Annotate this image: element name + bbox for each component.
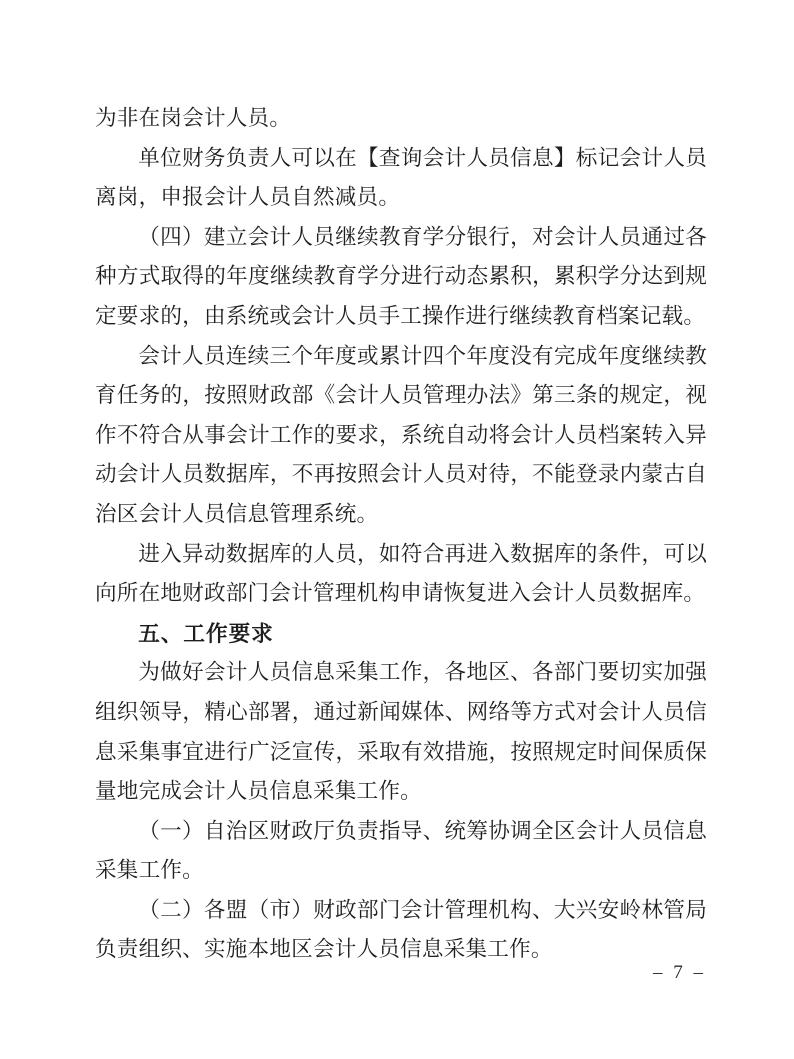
paragraph: 进入异动数据库的人员，如符合再进入数据库的条件，可以向所在地财政部门会计管理机构… <box>95 535 707 614</box>
paragraph: 为非在岗会计人员。 <box>95 99 707 139</box>
paragraph: 单位财务负责人可以在【查询会计人员信息】标记会计人员离岗，申报会计人员自然减员。 <box>95 139 707 218</box>
section-heading: 五、工作要求 <box>95 614 707 654</box>
paragraph: 会计人员连续三个年度或累计四个年度没有完成年度继续教育任务的，按照财政部《会计人… <box>95 337 707 535</box>
paragraph: 为做好会计人员信息采集工作，各地区、各部门要切实加强组织领导，精心部署，通过新闻… <box>95 653 707 811</box>
document-body: 为非在岗会计人员。 单位财务负责人可以在【查询会计人员信息】标记会计人员离岗，申… <box>95 99 707 970</box>
paragraph: （四）建立会计人员继续教育学分银行，对会计人员通过各种方式取得的年度继续教育学分… <box>95 218 707 337</box>
paragraph: （二）各盟（市）财政部门会计管理机构、大兴安岭林管局负责组织、实施本地区会计人员… <box>95 891 707 970</box>
document-page: 为非在岗会计人员。 单位财务负责人可以在【查询会计人员信息】标记会计人员离岗，申… <box>0 0 794 1059</box>
page-number: – 7 – <box>653 960 706 986</box>
paragraph: （一）自治区财政厅负责指导、统筹协调全区会计人员信息采集工作。 <box>95 812 707 891</box>
